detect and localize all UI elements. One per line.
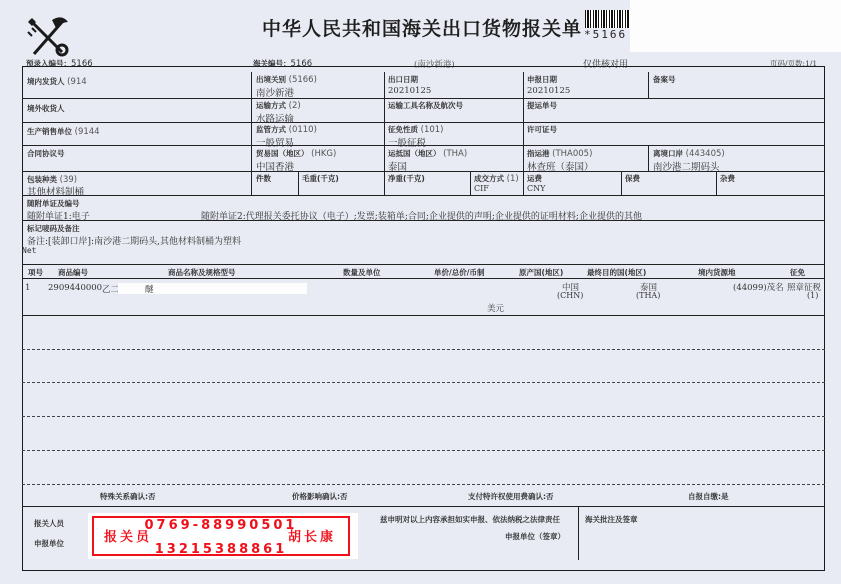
destination-code: (THA) (636, 291, 660, 300)
special-relation-confirm: 特殊关系确认:否 (100, 491, 156, 502)
barcode (585, 10, 630, 28)
destination-country-value: 泰国 (388, 159, 407, 173)
declarant-unit-label: 申报单位 (34, 538, 64, 549)
currency: 美元 (487, 302, 504, 314)
attached-docs-label: 随附单证及编号 (27, 198, 80, 209)
origin-code: (CHN) (557, 291, 583, 300)
col-price: 单价/总价/币制 (434, 267, 484, 278)
exit-customs-label: 出境关别 (5166) (256, 74, 317, 85)
exit-port-label: 离境口岸 (443405) (653, 148, 725, 159)
royalty-confirm: 支付特许权使用费确认:否 (468, 491, 554, 502)
export-date-value: 20210125 (388, 86, 431, 96)
statement: 兹申明对以上内容承担如实申报、依法纳税之法律责任 (380, 514, 560, 525)
package-type-value: 其他材料制桶 (27, 184, 84, 198)
seal-label: 申报单位（签章） (505, 531, 565, 542)
stamp-mobile: 13215388861 (94, 543, 348, 556)
deal-mode-label: 成交方式 (1) (474, 173, 519, 184)
deal-mode-value: CIF (474, 184, 489, 193)
port-of-dest-value: 林查班（泰国） (527, 159, 594, 173)
tax-nature-value: 一般征税 (388, 135, 426, 149)
price-influence-confirm: 价格影响确认:否 (292, 491, 348, 502)
source-place: (44099)茂名 (733, 281, 784, 293)
tax-code: (1) (807, 291, 818, 300)
misc-fee-label: 杂费 (720, 173, 735, 184)
table-row: 1 2909440000 乙二 醚 美元 中国 (CHN) 泰国 (THA) (… (22, 279, 825, 315)
col-origin: 原产国(地区) (519, 267, 563, 278)
net-weight-label: 净重(千克) (388, 173, 425, 184)
tax-nature-label: 征免性质 (101) (388, 124, 443, 135)
col-hs-code: 商品编号 (58, 267, 88, 278)
attached-doc-2: 随附单证2:代理报关委托协议（电子）;发票;装箱单;合同;企业提供的声明;企业提… (201, 209, 642, 222)
col-destination: 最终目的国(地区) (587, 267, 646, 278)
bill-of-lading-label: 提运单号 (527, 100, 557, 111)
overseas-consignee-label: 境外收货人 (27, 103, 65, 114)
supervision-mode-value: 一般贸易 (256, 135, 294, 149)
freight-label: 运费 (527, 173, 542, 184)
vessel-voyage-label: 运输工具名称及航次号 (388, 100, 463, 111)
net-text: Net (22, 246, 36, 255)
col-name-spec: 商品名称及规格型号 (168, 267, 236, 278)
record-no-label: 备案号 (653, 74, 676, 85)
col-quantity: 数量及单位 (343, 267, 381, 278)
declare-date-label: 申报日期 (527, 74, 557, 85)
transport-mode-value: 水路运输 (256, 111, 294, 125)
destination-country-label: 运抵国（地区） (THA) (388, 148, 467, 159)
form-title: 中华人民共和国海关出口货物报关单 (262, 14, 582, 41)
declare-date-value: 20210125 (527, 86, 570, 96)
col-source: 境内货源地 (698, 267, 736, 278)
producer-label: 生产销售单位 (9144 (27, 126, 100, 137)
transport-mode-label: 运输方式 (2) (256, 100, 301, 111)
hs-code: 2909440000 (48, 283, 102, 293)
customs-approval-label: 海关批注及签章 (585, 514, 638, 525)
declarant-stamp: 0769-88990501 报关员 胡长康 13215388861 (88, 513, 358, 559)
gross-weight-label: 毛重(千克) (302, 173, 339, 184)
remark-text: 备注:[装卸口岸]:南沙港二期码头,其他材料制桶为塑料 (27, 234, 241, 247)
product-name-tail: 醚 (145, 283, 154, 295)
item-no: 1 (25, 283, 30, 293)
col-item-no: 项号 (28, 267, 43, 278)
self-report-confirm: 自报自缴:是 (688, 491, 729, 502)
attached-doc-1: 随附单证1:电子 (27, 209, 90, 222)
contract-no-label: 合同协议号 (27, 148, 65, 159)
insurance-label: 保费 (625, 173, 640, 184)
domestic-shipper-label: 境内发货人 (914 (27, 76, 87, 87)
port-of-dest-label: 指运港 (THA005) (527, 148, 592, 159)
declarant-label: 报关人员 (34, 518, 64, 529)
exit-port-value: 南沙港二期码头 (653, 159, 720, 173)
customs-emblem-icon (22, 12, 72, 58)
col-tax: 征免 (790, 267, 805, 278)
pieces-label: 件数 (256, 173, 271, 184)
marks-remarks-label: 标记唛码及备注 (27, 223, 80, 234)
product-name: 乙二 (102, 283, 119, 295)
barcode-text: *5166 (584, 28, 627, 41)
freight-value: CNY (527, 184, 545, 193)
trade-country-label: 贸易国（地区） (HKG) (256, 148, 336, 159)
license-no-label: 许可证号 (527, 124, 557, 135)
supervision-mode-label: 监管方式 (0110) (256, 124, 317, 135)
exit-customs-value: 南沙新港 (256, 85, 294, 99)
redacted-area (630, 0, 841, 52)
trade-country-value: 中国香港 (256, 159, 294, 173)
export-date-label: 出口日期 (388, 74, 418, 85)
